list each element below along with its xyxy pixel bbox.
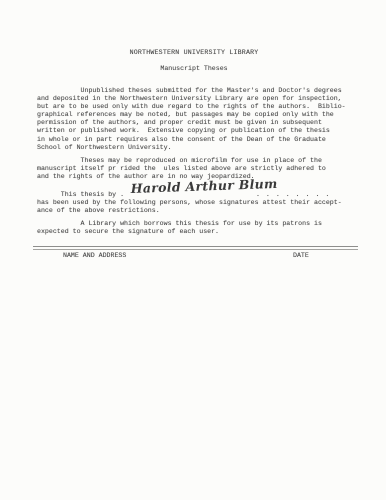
text-line: ance of the above restrictions. — [37, 207, 351, 215]
text-line: manuscript itself pr rided the ules list… — [37, 165, 351, 173]
thesis-signature-row: This thesis by . Harold Arthur Blum . . … — [37, 188, 351, 199]
thesis-by-label: This thesis by . — [37, 191, 124, 199]
dotted-fill-line: . . . . . . . . — [256, 191, 330, 199]
paragraph-acceptance: has been used by the following persons, … — [37, 199, 351, 215]
text-line: and deposited in the Northwestern Univer… — [37, 95, 351, 103]
document-body: NORTHWESTERN UNIVERSITY LIBRARY Manuscri… — [37, 49, 351, 236]
paragraph-borrowing-library: A Library which borrows this thesis for … — [37, 220, 351, 236]
text-line: has been used by the following persons, … — [37, 199, 351, 207]
library-title: NORTHWESTERN UNIVERSITY LIBRARY — [37, 49, 351, 57]
text-line: expected to secure the signature of each… — [37, 228, 351, 236]
signature-table-header: NAME AND ADDRESS DATE — [37, 252, 359, 262]
document-subtitle: Manuscript Theses — [37, 65, 351, 73]
text-line: Unpublished theses submitted for the Mas… — [37, 87, 351, 95]
paragraph-microfilm-rules: Theses may be reproduced on microfilm fo… — [37, 157, 351, 181]
text-line: School of Northwestern University. — [37, 144, 351, 152]
scanned-document-page: NORTHWESTERN UNIVERSITY LIBRARY Manuscri… — [0, 0, 386, 500]
text-line: in whole or in part requires also the co… — [37, 136, 351, 144]
signature-table-rule — [33, 246, 358, 250]
text-line: Theses may be reproduced on microfilm fo… — [37, 157, 351, 165]
text-line: written or published work. Extensive cop… — [37, 127, 351, 135]
date-column-header: DATE — [293, 252, 309, 260]
name-address-column-header: NAME AND ADDRESS — [63, 252, 126, 260]
paragraph-inspection-rules: Unpublished theses submitted for the Mas… — [37, 87, 351, 152]
